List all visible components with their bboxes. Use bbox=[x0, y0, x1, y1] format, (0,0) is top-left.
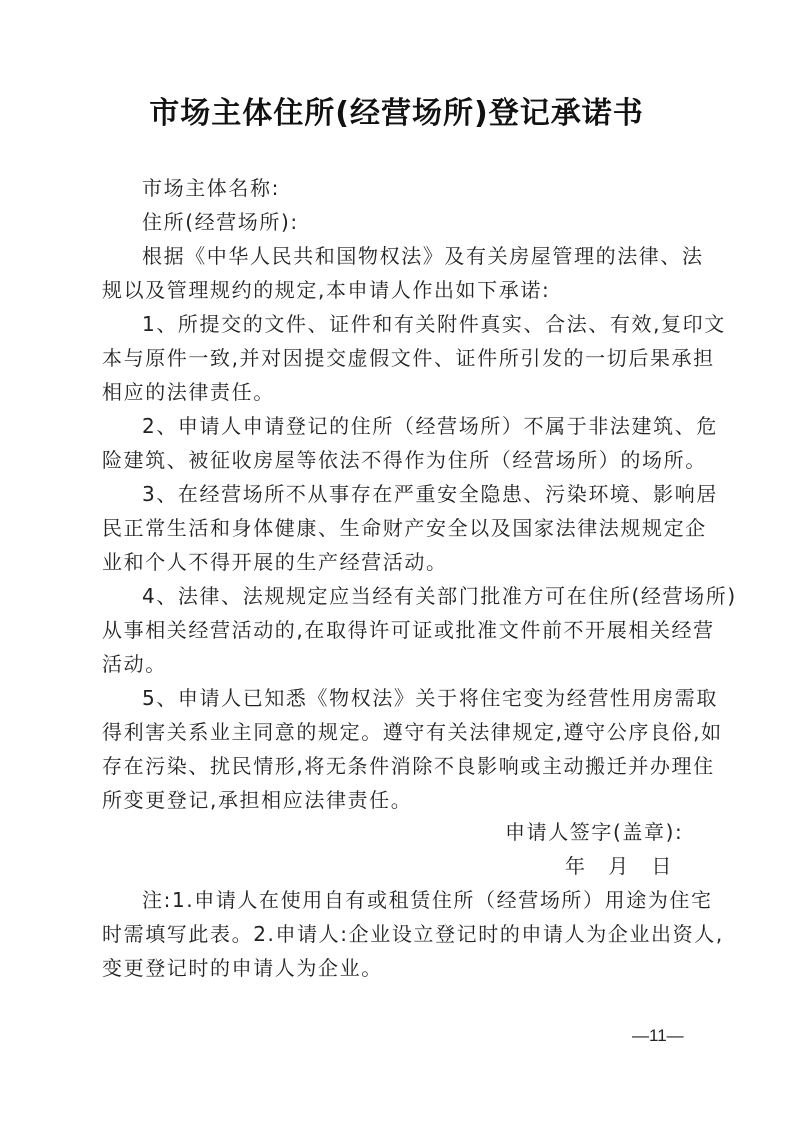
promise-1-line: 相应的法律责任。 bbox=[102, 376, 275, 405]
note-line: 时需填写此表。2.申请人:企业设立登记时的申请人为企业出资人, bbox=[102, 918, 724, 947]
promise-5-line: 5、申请人已知悉《物权法》关于将住宅变为经营性用房需取 bbox=[142, 682, 718, 711]
promise-3-line: 3、在经营场所不从事存在严重安全隐患、污染环境、影响居 bbox=[142, 478, 718, 507]
promise-4-line: 从事相关经营活动的,在取得许可证或批准文件前不开展相关经营 bbox=[102, 614, 715, 643]
promise-2-line: 2、申请人申请登记的住所（经营场所）不属于非法建筑、危 bbox=[142, 410, 718, 439]
address-label: 住所(经营场所): bbox=[142, 206, 299, 235]
promise-5-line: 得利害关系业主同意的规定。遵守有关法律规定,遵守公序良俗,如 bbox=[102, 716, 723, 745]
promise-3-line: 民正常生活和身体健康、生命财产安全以及国家法律法规规定企 bbox=[102, 512, 707, 541]
promise-1-line: 本与原件一致,并对因提交虚假文件、证件所引发的一切后果承担 bbox=[102, 342, 715, 371]
promise-5-line: 所变更登记,承担相应法律责任。 bbox=[102, 784, 412, 813]
promise-3-line: 业和个人不得开展的生产经营活动。 bbox=[102, 546, 448, 575]
intro-line: 规以及管理规约的规定,本申请人作出如下承诺: bbox=[102, 274, 550, 303]
promise-4-line: 活动。 bbox=[102, 648, 167, 677]
note-line: 注:1.申请人在使用自有或租赁住所（经营场所）用途为住宅 bbox=[142, 884, 713, 913]
document-page: 市场主体住所(经营场所)登记承诺书 市场主体名称: 住所(经营场所): 根据《中… bbox=[0, 0, 793, 1122]
promise-5-line: 存在污染、扰民情形,将无条件消除不良影响或主动搬迁并办理住 bbox=[102, 750, 715, 779]
page-number: —11— bbox=[632, 1026, 684, 1046]
entity-name-label: 市场主体名称: bbox=[142, 172, 280, 201]
note-line: 变更登记时的申请人为企业。 bbox=[102, 952, 383, 981]
promise-1-line: 1、所提交的文件、证件和有关附件真实、合法、有效,复印文 bbox=[142, 308, 726, 337]
signature-label: 申请人签字(盖章): bbox=[505, 816, 683, 845]
signature-date: 年 月 日 bbox=[565, 850, 673, 879]
intro-line: 根据《中华人民共和国物权法》及有关房屋管理的法律、法 bbox=[142, 240, 704, 269]
document-title: 市场主体住所(经营场所)登记承诺书 bbox=[0, 88, 793, 132]
promise-2-line: 险建筑、被征收房屋等依法不得作为住所（经营场所）的场所。 bbox=[102, 444, 707, 473]
promise-4-line: 4、法律、法规规定应当经有关部门批准方可在住所(经营场所) bbox=[142, 580, 737, 609]
